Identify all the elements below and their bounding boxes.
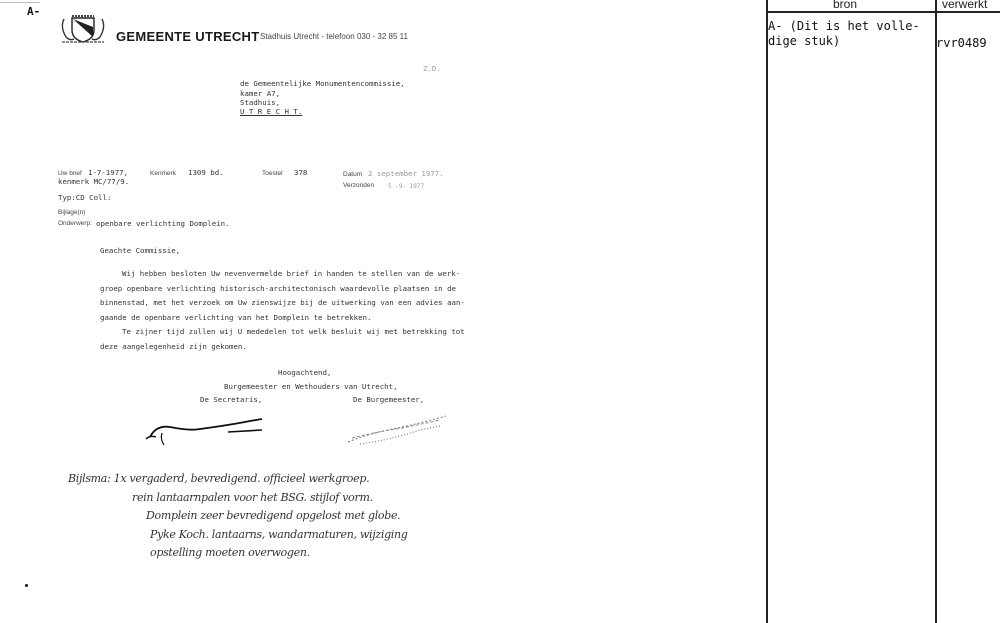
note-line: Domplein zeer bevredigend opgelost met g… xyxy=(68,507,488,526)
document-marker: A- xyxy=(27,5,40,18)
mayor-signature xyxy=(340,412,460,452)
note-line: Pyke Koch. lantaarns, wandarmaturen, wij… xyxy=(68,526,488,545)
cell-verwerkt: rvr0489 xyxy=(936,36,987,51)
address-city: U T R E C H T. xyxy=(240,107,302,116)
note-line: Bijlsma: 1x vergaderd, bevredigend. offi… xyxy=(68,470,488,489)
column-header-verwerkt: verwerkt xyxy=(942,0,987,11)
datum-label: Datum xyxy=(343,171,362,178)
scan-speck xyxy=(25,584,28,587)
uw-brief-label: Uw brief xyxy=(58,170,82,177)
address-line: Stadhuis, xyxy=(240,98,280,107)
verzonden-label: Verzonden xyxy=(343,182,374,189)
verzonden-stamp: 5 -9- 1977 xyxy=(388,183,424,190)
paragraph: Wij hebben besloten Uw nevenvermelde bri… xyxy=(100,267,470,325)
secretary-signature xyxy=(140,405,280,450)
note-line: opstelling moeten overwogen. xyxy=(68,544,488,563)
note-line: rein lantaarnpalen voor het BSG. stijlof… xyxy=(68,489,488,508)
scanned-letter: A- GEMEENTE UTRECHT Stadhuis Utrecht - t… xyxy=(0,0,760,623)
letter-body: Wij hebben besloten Uw nevenvermelde bri… xyxy=(100,267,470,355)
handwritten-note: Bijlsma: 1x vergaderd, bevredigend. offi… xyxy=(68,470,488,563)
organization-contact: Stadhuis Utrecht - telefoon 030 - 32 85 … xyxy=(260,32,408,41)
coat-of-arms-icon xyxy=(58,13,108,45)
onderwerp-value: openbare verlichting Domplein. xyxy=(96,219,230,228)
address-line: de Gemeentelijke Monumentencommissie, xyxy=(240,79,405,88)
closing-body: Burgemeester en Wethouders van Utrecht, xyxy=(224,382,398,391)
closing-greeting: Hoogachtend, xyxy=(278,368,331,377)
kenmerk-value: 1309 bd. xyxy=(188,168,224,177)
mayor-label: De Burgemeester, xyxy=(353,395,424,404)
table-header-divider xyxy=(767,11,1000,13)
datum-value: 2 september 1977. xyxy=(368,169,444,178)
uw-brief-value: 1-7-1977, xyxy=(88,168,128,177)
address-line: kamer A7, xyxy=(240,89,280,98)
bijlagen-label: Bijlage(n) xyxy=(58,209,85,216)
table-border-left xyxy=(766,0,768,623)
cell-bron: A- (Dit is het volle- dige stuk) xyxy=(768,19,920,48)
column-header-bron: bron xyxy=(833,0,857,11)
toestel-label: Toestel xyxy=(262,170,283,177)
kenmerk-line2: kenmerk MC/77/9. xyxy=(58,177,129,186)
recipient-mark: Z.D. xyxy=(423,64,441,73)
scan-edge-line xyxy=(0,2,40,3)
paragraph: Te zijner tijd zullen wij U mededelen to… xyxy=(100,325,470,354)
onderwerp-label: Onderwerp: xyxy=(58,220,92,227)
secretary-label: De Secretaris, xyxy=(200,395,262,404)
typist-line: Typ:CD Coll: xyxy=(58,193,111,202)
kenmerk-label: Kenmerk xyxy=(150,170,176,177)
table-border-middle xyxy=(935,0,937,623)
organization-name: GEMEENTE UTRECHT xyxy=(116,29,259,44)
salutation: Geachte Commissie, xyxy=(100,246,180,255)
toestel-value: 378 xyxy=(294,168,307,177)
